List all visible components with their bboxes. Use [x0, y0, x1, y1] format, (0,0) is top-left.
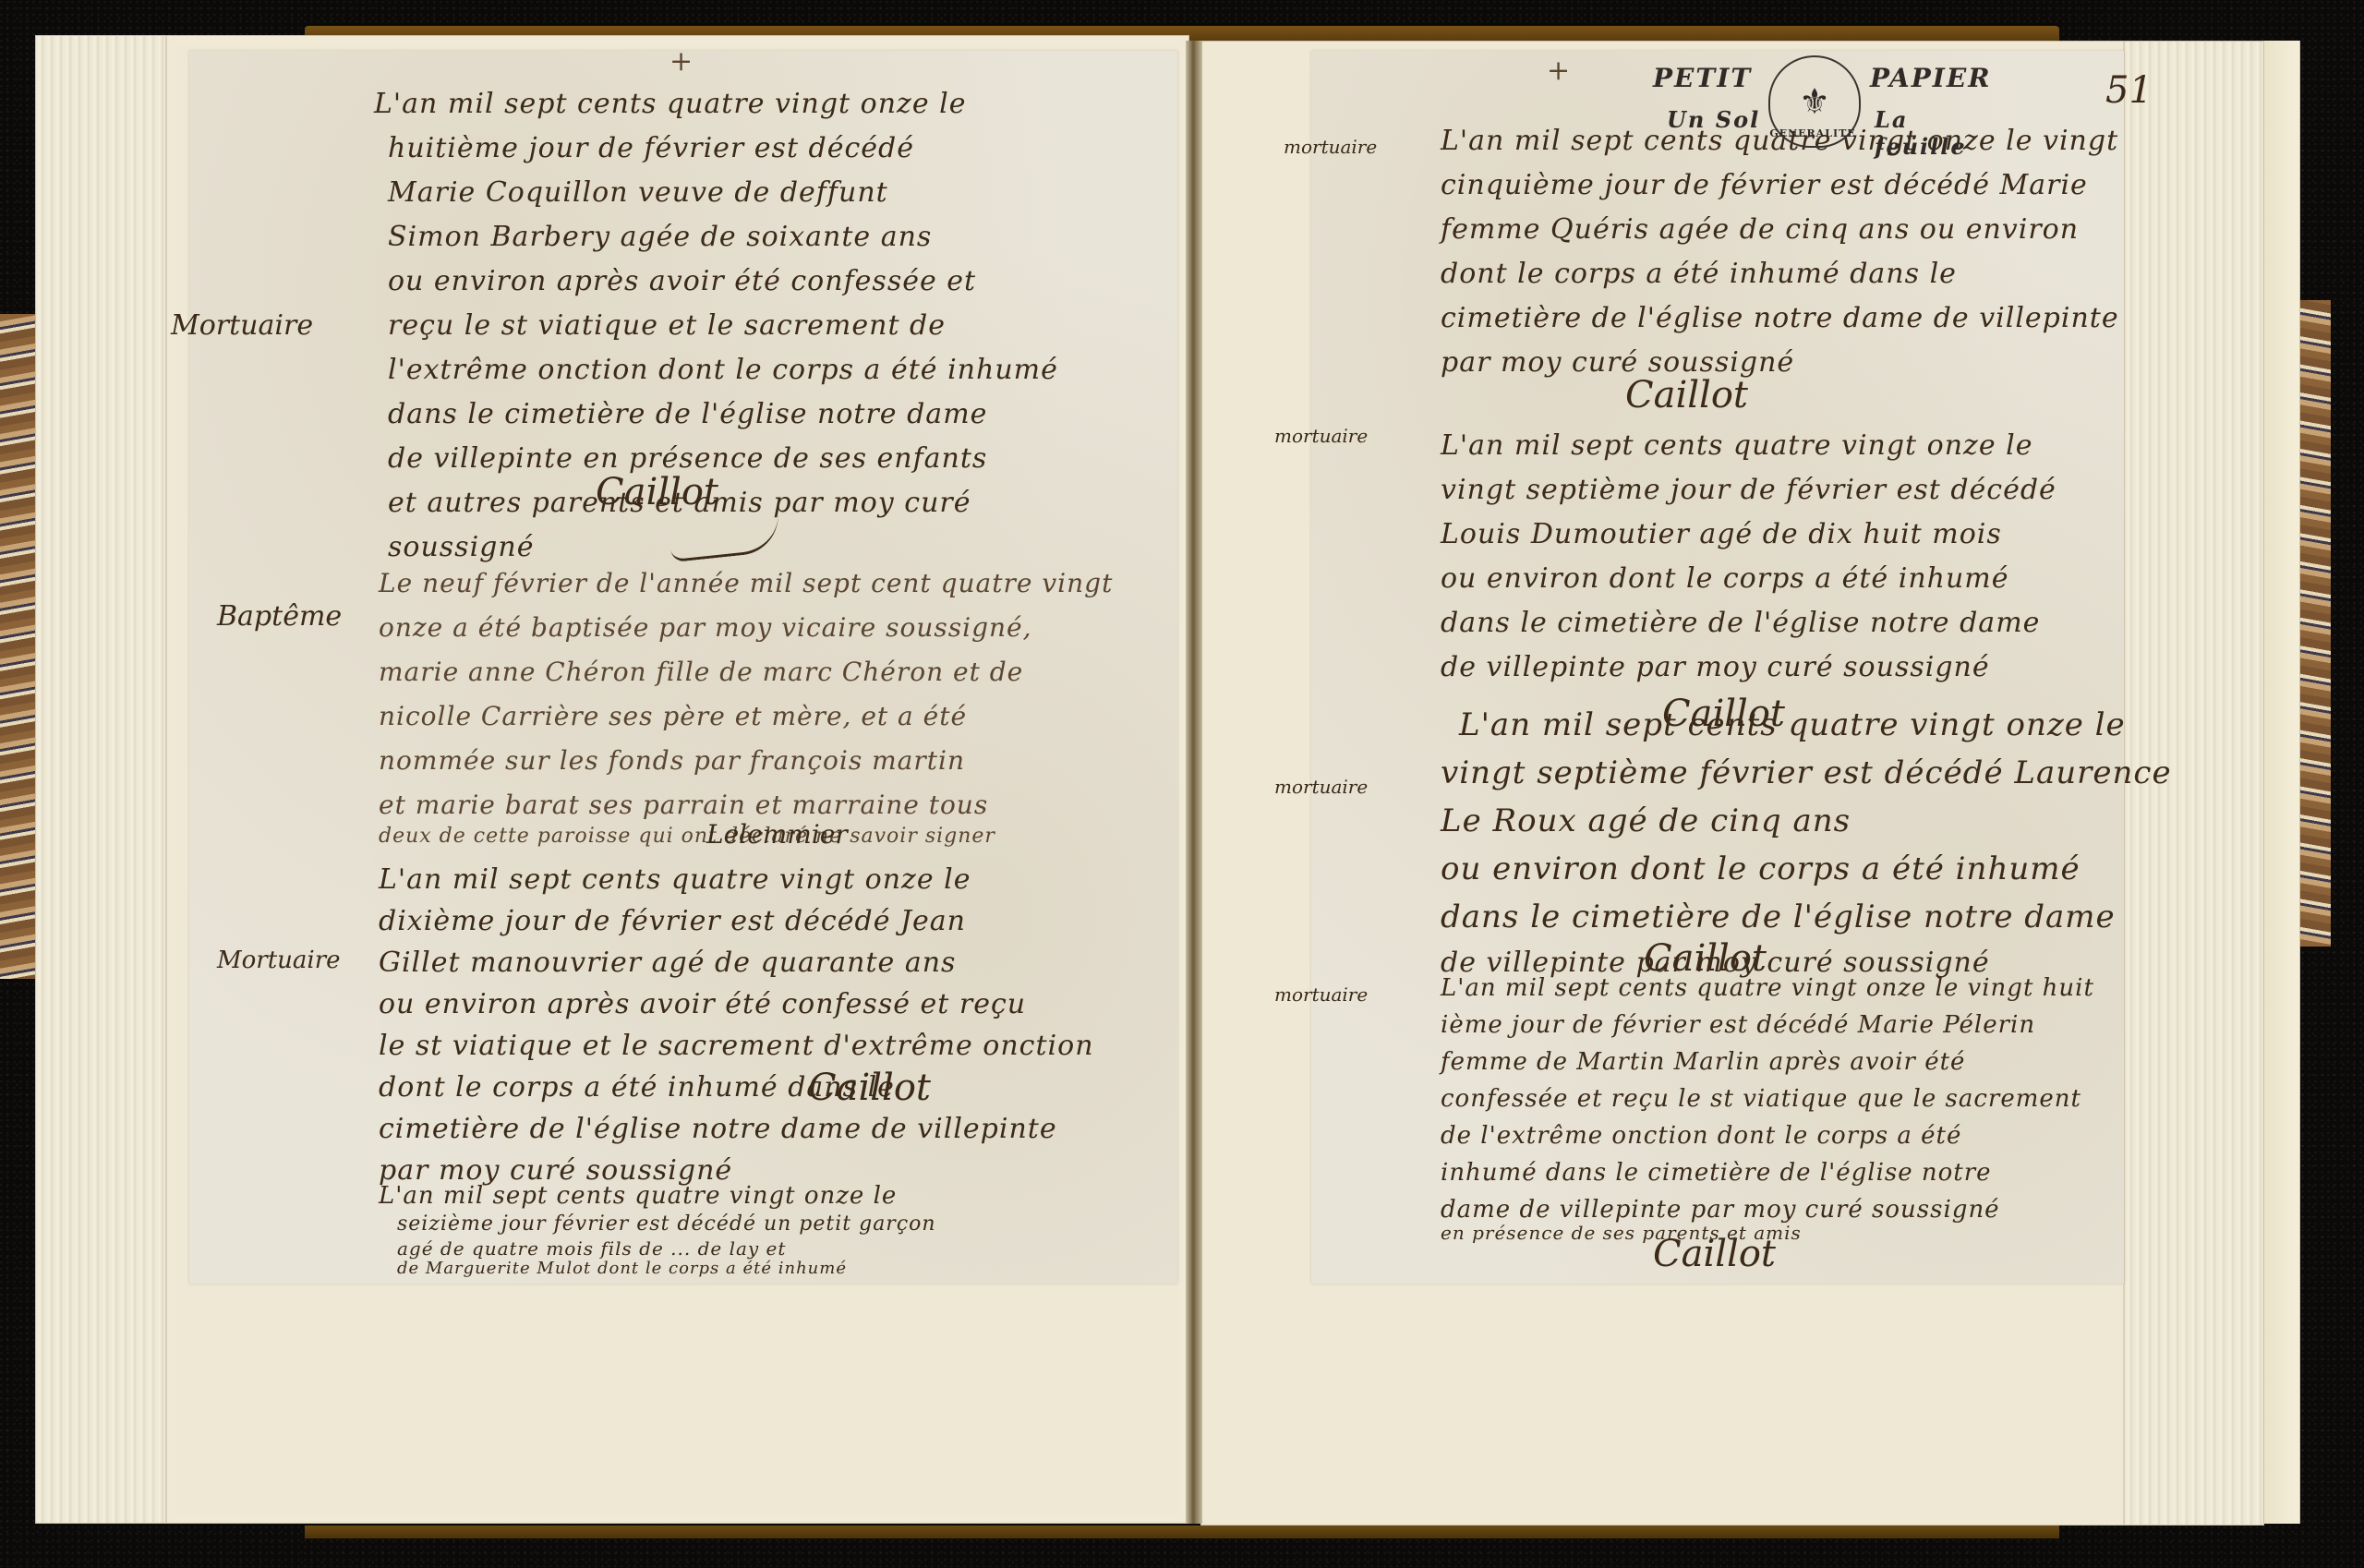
left-manuscript-sheet: + Mortuaire L'an mil sept cents quatre v…	[189, 51, 1177, 1284]
entry-line: ou environ dont le corps a été inhumé	[1441, 850, 2081, 887]
entry-line: le st viatique et le sacrement d'extrême…	[379, 1030, 1094, 1062]
entry-line: femme Quéris agée de cinq ans ou environ	[1441, 213, 2079, 246]
left-page-fore-edge	[36, 36, 167, 1523]
marbled-endpaper-right	[2299, 300, 2331, 947]
signature: Caillot	[1653, 1233, 1776, 1275]
entry-line: et marie barat ses parrain et marraine t…	[379, 790, 988, 820]
right-manuscript-sheet: + 51 mortuaire L'an mil sept cents quatr…	[1311, 51, 2124, 1284]
entry-line: L'an mil sept cents quatre vingt onze le	[1441, 429, 2032, 462]
entry-line: Marie Coquillon veuve de deffunt	[388, 176, 888, 209]
margin-label: mortuaire	[1274, 983, 1368, 1006]
folio-number: 51	[2105, 69, 2153, 112]
entry-line: dixième jour de février est décédé Jean	[379, 905, 966, 937]
entry-line: vingt septième jour de février est décéd…	[1441, 474, 2056, 506]
signature: Caillot	[596, 471, 718, 513]
margin-label: mortuaire	[1274, 776, 1368, 798]
stamp-text-petit: PETIT	[1653, 63, 1752, 93]
signature: Lelemmier	[706, 819, 848, 850]
cross-mark: +	[1547, 54, 1570, 87]
signature-flourish-icon	[668, 512, 782, 562]
signature: Caillot	[1625, 374, 1748, 416]
entry-line: L'an mil sept cents quatre vingt onze le	[379, 1182, 897, 1210]
entry-line: huitième jour de février est décédé	[388, 132, 914, 164]
entry-line: ou environ dont le corps a été inhumé	[1441, 562, 2008, 595]
stamp-text-un-sol: Un Sol	[1667, 106, 1760, 133]
stamp-text-papier: PAPIER	[1870, 63, 1992, 93]
entry-line: L'an mil sept cents quatre vingt onze le…	[1441, 974, 2094, 1002]
open-register-book: + Mortuaire L'an mil sept cents quatre v…	[0, 0, 2364, 1568]
entry-line: marie anne Chéron fille de marc Chéron e…	[379, 657, 1023, 687]
entry-line: Simon Barbery agée de soixante ans	[388, 221, 932, 253]
entry-line: dans le cimetière de l'église notre dame	[1441, 899, 2116, 935]
entry-line: femme de Martin Marlin après avoir été	[1441, 1048, 1965, 1076]
entry-line: l'extrême onction dont le corps a été in…	[388, 354, 1058, 386]
book-gutter	[1186, 41, 1202, 1524]
entry-line: Le Roux agé de cinq ans	[1441, 802, 1851, 839]
fleur-de-lis-icon: ⚜	[1799, 81, 1830, 122]
entry-line: L'an mil sept cents quatre vingt onze le	[374, 88, 966, 120]
marbled-endpaper-left	[0, 314, 35, 979]
entry-line: Le neuf février de l'année mil sept cent…	[379, 568, 1113, 598]
entry-line: cimetière de l'église notre dame de vill…	[379, 1113, 1057, 1145]
entry-line: de villepinte par moy curé soussigné	[1441, 651, 1990, 683]
tax-stamp: PETIT PAPIER Un Sol La feüille ⚜ GENERAL…	[1611, 55, 1999, 148]
signature: Caillot	[808, 1067, 931, 1109]
margin-label: Baptême	[217, 600, 342, 633]
entry-line: cinquième jour de février est décédé Mar…	[1441, 169, 2088, 201]
entry-line: nicolle Carrière ses père et mère, et a …	[379, 701, 967, 731]
entry-line: vingt septième février est décédé Lauren…	[1441, 754, 2172, 791]
entry-line: L'an mil sept cents quatre vingt onze le	[1459, 706, 2126, 743]
entry-line: de villepinte en présence de ses enfants	[388, 442, 987, 475]
entry-line: ou environ après avoir été confessée et	[388, 265, 976, 297]
entry-line: cimetière de l'église notre dame de vill…	[1441, 302, 2119, 334]
entry-line: deux de cette paroisse qui ont déclaré n…	[379, 825, 995, 848]
margin-label: Mortuaire	[171, 309, 313, 342]
margin-label: mortuaire	[1284, 136, 1377, 158]
entry-line: dans le cimetière de l'église notre dame	[388, 398, 987, 430]
entry-line: seizième jour février est décédé un peti…	[397, 1212, 936, 1236]
entry-line: dame de villepinte par moy curé soussign…	[1441, 1196, 2000, 1224]
entry-line: soussigné	[388, 531, 534, 563]
entry-line: ou environ après avoir été confessé et r…	[379, 988, 1026, 1020]
margin-label: Mortuaire	[217, 947, 341, 974]
entry-line: dans le cimetière de l'église notre dame	[1441, 607, 2040, 639]
right-cover-edge	[2262, 41, 2300, 1524]
entry-line: inhumé dans le cimetière de l'église not…	[1441, 1159, 1992, 1187]
entry-line: onze a été baptisée par moy vicaire sous…	[379, 612, 1032, 643]
entry-line: L'an mil sept cents quatre vingt onze le	[379, 863, 971, 896]
cross-mark: +	[669, 45, 693, 78]
entry-line: ième jour de février est décédé Marie Pé…	[1441, 1011, 2035, 1039]
stamp-text-la-feuille: La feüille	[1875, 106, 1999, 160]
entry-line: Gillet manouvrier agé de quarante ans	[379, 947, 956, 979]
entry-line: confessée et reçu le st viatique que le …	[1441, 1085, 2081, 1113]
cover-bottom-edge	[305, 1526, 2059, 1538]
entry-line: Louis Dumoutier agé de dix huit mois	[1441, 518, 2002, 550]
margin-label: mortuaire	[1274, 425, 1368, 447]
entry-line: reçu le st viatique et le sacrement de	[388, 309, 946, 342]
entry-line: de l'extrême onction dont le corps a été	[1441, 1122, 1961, 1150]
entry-line: dont le corps a été inhumé dans le	[1441, 258, 1957, 290]
entry-line: nommée sur les fonds par françois martin	[379, 745, 965, 776]
entry-line: de Marguerite Mulot dont le corps a été …	[397, 1259, 847, 1278]
entry-line: agé de quatre mois fils de ... de lay et	[397, 1237, 786, 1260]
stamp-seal-text: GENERALITE	[1767, 127, 1859, 139]
